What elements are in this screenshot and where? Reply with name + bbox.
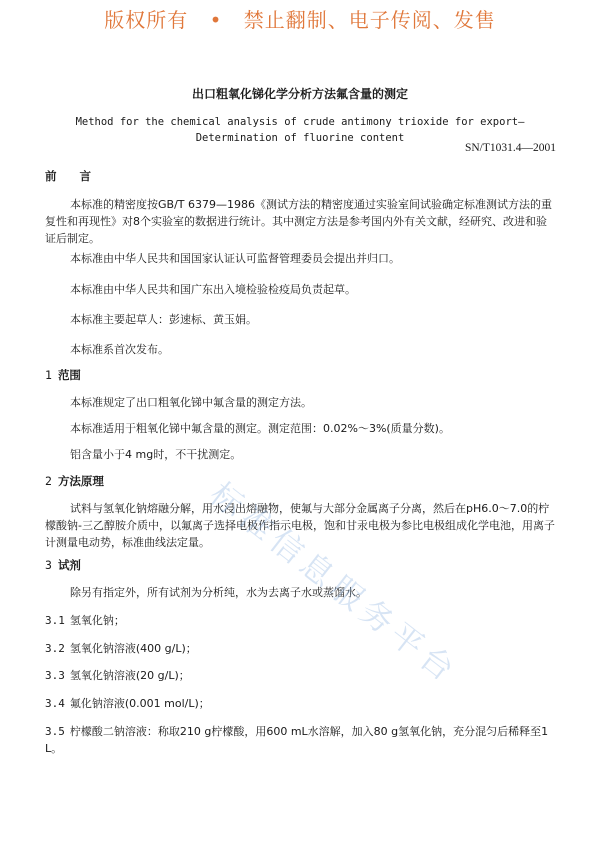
section-1-paragraph-1: 本标准规定了出口粗氧化锑中氟含量的测定方法。 [45, 394, 557, 411]
item-number: 3.1 [45, 614, 65, 627]
reagent-item: 3.3氢氧化钠溶液(20 g/L)； [45, 667, 557, 684]
bullet-dot: • [210, 8, 223, 32]
section-1-paragraph-2: 本标准适用于粗氧化锑中氟含量的测定。测定范围：0.02%～3%(质量分数)。 [45, 420, 557, 437]
foreword-heading: 前 言 [45, 168, 91, 184]
section-title: 范围 [58, 368, 81, 382]
section-number: 1 [45, 368, 52, 382]
foreword-paragraph-3: 本标准由中华人民共和国广东出入境检验检疫局负责起草。 [45, 281, 557, 298]
section-3-paragraph-1: 除另有指定外，所有试剂为分析纯，水为去离子水或蒸馏水。 [45, 584, 557, 601]
section-number: 3 [45, 558, 52, 572]
item-text: 氢氧化钠； [70, 614, 125, 627]
section-1-heading: 1范围 [45, 367, 81, 383]
section-title: 方法原理 [58, 474, 104, 488]
title-en-line-1: Method for the chemical analysis of crud… [0, 114, 600, 130]
item-text: 氟化钠溶液(0.001 mol/L)； [70, 697, 210, 710]
item-number: 3.2 [45, 642, 65, 655]
item-number: 3.5 [45, 725, 65, 738]
section-1-paragraph-3: 铝含量小于4 mg时，不干扰测定。 [45, 446, 557, 463]
section-2-heading: 2方法原理 [45, 473, 104, 489]
reagent-item: 3.5柠檬酸二钠溶液：称取210 g柠檬酸，用600 mL水溶解，加入80 g氢… [45, 723, 557, 757]
reagent-item: 3.4氟化钠溶液(0.001 mol/L)； [45, 695, 557, 712]
item-text: 氢氧化钠溶液(400 g/L)； [70, 642, 197, 655]
document-title-chinese: 出口粗氧化锑化学分析方法氟含量的测定 [0, 85, 600, 102]
item-text: 氢氧化钠溶液(20 g/L)； [70, 669, 190, 682]
item-number: 3.4 [45, 697, 65, 710]
item-text: 柠檬酸二钠溶液：称取210 g柠檬酸，用600 mL水溶解，加入80 g氢氧化钠… [45, 725, 548, 755]
reagent-item: 3.1氢氧化钠； [45, 612, 557, 629]
section-3-heading: 3试剂 [45, 557, 81, 573]
item-number: 3.3 [45, 669, 65, 682]
banner-left-text: 版权所有 [104, 8, 188, 32]
section-title: 试剂 [58, 558, 81, 572]
foreword-paragraph-1: 本标准的精密度按GB/T 6379—1986《测试方法的精密度通过实验室间试验确… [45, 196, 557, 247]
copyright-banner: 版权所有 • 禁止翻制、电子传阅、发售 [0, 4, 600, 33]
banner-right-text: 禁止翻制、电子传阅、发售 [244, 8, 496, 32]
foreword-paragraph-2: 本标准由中华人民共和国国家认证认可监督管理委员会提出并归口。 [45, 250, 557, 267]
foreword-paragraph-4: 本标准主要起草人：彭速标、黄玉娟。 [45, 311, 557, 328]
standard-number: SN/T1031.4—2001 [465, 142, 556, 154]
foreword-paragraph-5: 本标准系首次发布。 [45, 341, 557, 358]
section-2-paragraph-1: 试料与氢氧化钠熔融分解，用水浸出熔融物，使氟与大部分金属离子分离，然后在pH6.… [45, 500, 557, 551]
section-number: 2 [45, 474, 52, 488]
reagent-item: 3.2氢氧化钠溶液(400 g/L)； [45, 640, 557, 657]
